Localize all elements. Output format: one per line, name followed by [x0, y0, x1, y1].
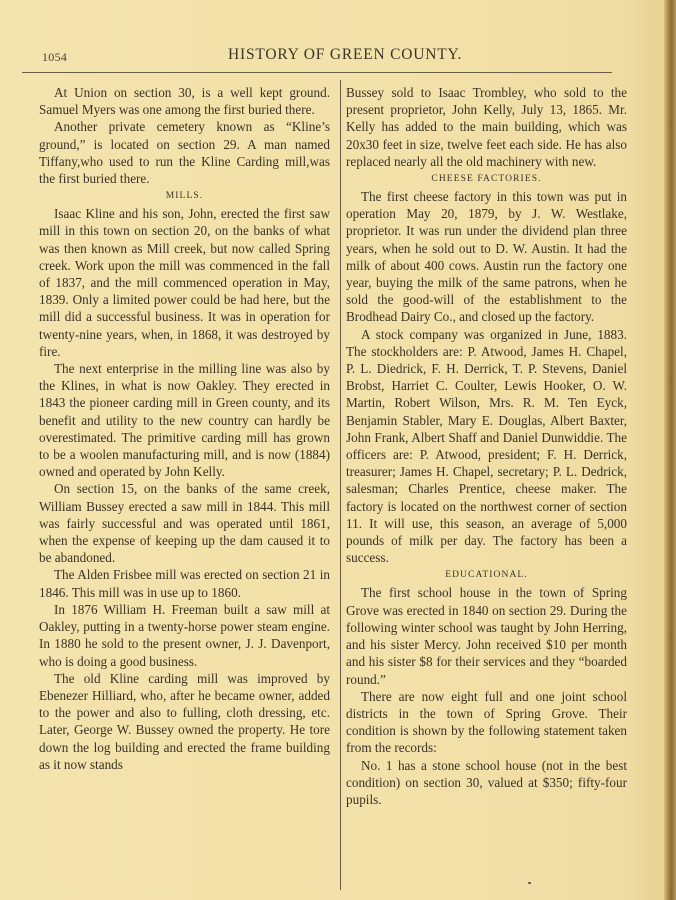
right-column: Bussey sold to Isaac Trombley, who sold …: [346, 84, 627, 808]
section-heading-educational: EDUCATIONAL.: [346, 568, 627, 583]
paragraph-carding-mill: The next enterprise in the milling line …: [39, 360, 330, 480]
column-divider: [340, 80, 341, 890]
paragraph-continuation: Bussey sold to Isaac Trombley, who sold …: [346, 84, 627, 170]
paragraph-first-saw-mill: Isaac Kline and his son, John, erected t…: [39, 205, 330, 360]
paper-speck: [528, 882, 531, 884]
section-heading-mills: MILLS.: [39, 189, 330, 204]
paragraph-school-districts: There are now eight full and one joint s…: [346, 688, 627, 757]
paragraph-hilliard-improvements: The old Kline carding mill was improved …: [39, 670, 330, 773]
paragraph-freeman-saw-mill: In 1876 William H. Freeman built a saw m…: [39, 601, 330, 670]
paragraph-union-cemetery: At Union on section 30, is a well kept g…: [39, 84, 330, 118]
left-column: At Union on section 30, is a well kept g…: [39, 84, 330, 773]
book-page: 1054 HISTORY OF GREEN COUNTY. At Union o…: [0, 0, 676, 900]
page-number: 1054: [42, 50, 67, 65]
paragraph-bussey-saw-mill: On section 15, on the banks of the same …: [39, 480, 330, 566]
paragraph-frisbee-mill: The Alden Frisbee mill was erected on se…: [39, 566, 330, 600]
running-title: HISTORY OF GREEN COUNTY.: [228, 46, 462, 64]
paragraph-first-school: The first school house in the town of Sp…: [346, 584, 627, 687]
paragraph-first-cheese-factory: The first cheese factory in this town wa…: [346, 188, 627, 326]
section-heading-cheese-factories: CHEESE FACTORIES.: [346, 172, 627, 187]
book-binding-edge: [664, 0, 676, 900]
page-header: 1054 HISTORY OF GREEN COUNTY.: [0, 42, 676, 66]
header-rule: [22, 72, 612, 73]
paragraph-stock-company: A stock company was organized in June, 1…: [346, 326, 627, 567]
paragraph-district-no-1: No. 1 has a stone school house (not in t…: [346, 757, 627, 809]
paragraph-kline-ground: Another private cemetery known as “Kline…: [39, 118, 330, 187]
